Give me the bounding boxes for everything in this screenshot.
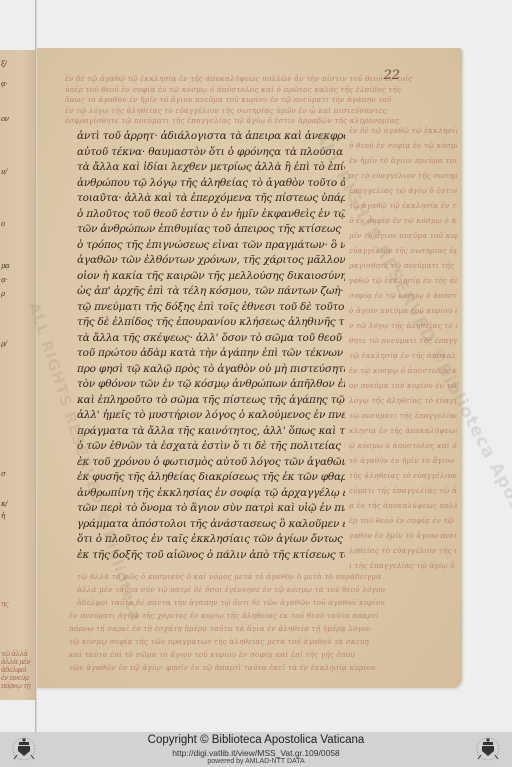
red-annotation-line: καὶ ταῦτα ἐπὶ τὸ σῶμα τὸ ἅγιον τοῦ κυρίο… [69, 650, 449, 659]
manuscript-text-line: τὰ ἄλλα καὶ ἰδίαι λεχθεν μετρίως ἀλλὰ ἢ … [77, 161, 345, 173]
left-page-text-fragment: μᾳ [1, 262, 9, 270]
right-margin-annotation-line: ῦ θεοῦ ἐν σοφίᾳ ἐν τῷ κόσμῳ ὁ ἀπόστολος … [349, 141, 457, 150]
manuscript-text-line: ὁ τῶν ἐθνῶν τὰ ἐσχατὰ ἐστὶν ὅ τι δὲ τῆς … [77, 440, 345, 452]
red-annotation-line: ἐν τῷ λόγῳ τῆς ἀληθείας τὸ εὐαγγέλιον τῆ… [65, 106, 460, 115]
left-page-text-fragment: ρ/ [1, 340, 6, 348]
manuscript-text-line: ὡς ἀπ' ἀρχῆς ἐπὶ τὰ τέλη κόσμου, τῶν πάν… [77, 285, 345, 297]
manuscript-text-line: τὰ ἄλλα τῆς σκέψεως· ἀλλ' ὅσον τὸ σῶμα τ… [77, 332, 345, 344]
right-margin-annotation-line: ληθείας τὸ εὐαγγέλιον τῆς σωτηρίας ὑμῶν … [349, 546, 457, 555]
manuscript-text-line: οἷον ἡ κακία τῆς καιρῶν τῆς μελλούσης δι… [77, 270, 345, 282]
manuscript-text-line: τῶν ἀνθρώπων ἐπιθυμίας τοῦ ἀπειρος τῆς κ… [77, 223, 345, 235]
red-annotation-line: ἐν δὲ τῷ ἀγαθῷ τῷ ἐκκλησίᾳ ἐν τῆς ἀποκαλ… [65, 74, 460, 83]
vatican-library-seal-icon [467, 734, 509, 765]
copyright-footer: Copyright © Biblioteca Apostolica Vatica… [0, 732, 512, 767]
powered-by-text: powered by AMLAD-NTT DATA [0, 758, 512, 765]
right-margin-annotation-line: ὲρ τοῦ θεοῦ ἐν σοφίᾳ ἐν τῷ κόσμῳ ὁ ἀπόστ… [349, 516, 457, 525]
left-facing-page: ξ/ᾳ·ονν/ομᾳᾳ·ρρ/σκ/ἡηςτῷ ἀλλὰ ἀλλὰ μὲνἀδ… [0, 50, 37, 700]
manuscript-text-line: τὸν φθόνον τῶν ἐν τῷ κόσμῳ ἀνθρώπων ἀπῆλ… [77, 378, 345, 390]
right-margin-annotation-line: ας τὸ εὐαγγέλιον τῆς σωτηρίας ὑμῶν ἐν ᾧ … [349, 171, 457, 180]
manuscript-text-line: τῆς δὲ ἐλπίδος τῆς ἐπουρανίου κλήσεως ἀλ… [77, 316, 345, 328]
right-margin-annotation-line: ᾳ ἐν τῆς ἀποκαλύψεως πολλῶν ἄν τὴν πίστι… [349, 501, 457, 510]
image-viewer[interactable]: ξ/ᾳ·ονν/ομᾳᾳ·ρρ/σκ/ἡηςτῷ ἀλλὰ ἀλλὰ μὲνἀδ… [0, 0, 512, 732]
right-margin-annotation-line: τὸ ἀγαθὸν ἐν ἡμῖν τὸ ἄγιον πνεῦμα τοῦ κυ… [349, 456, 457, 465]
manuscript-text-line: προ φησὶ τῷ καλῷ πρὸς τὸ ἀγαθὸν οὐ μὴ πι… [77, 363, 345, 375]
left-page-text-fragment: ᾳ· [1, 276, 7, 284]
red-annotation-line: τῷ κόσμῳ σοφίᾳ τῆς τῶν πραγμάτων τῆς ἀλη… [69, 637, 449, 646]
manuscript-text-line: τοῦ πρώτου ἀδὰμ κατὰ τὴν ἀγάπην ἐπὶ τῶν … [77, 347, 345, 359]
manuscript-text-line: ἐκ τοῦ χρόνου ὁ φωτισμὸς αὐτοῦ λόγος τῶν… [77, 456, 345, 468]
left-page-red-fragment: τῷ ἀλλὰ [1, 650, 28, 658]
left-page-text-fragment: ξ/ [1, 60, 6, 68]
left-page-text-fragment: ἡ [1, 512, 5, 520]
manuscript-text-line: τῷ πνεύματι τῆς δόξης ἐπὶ τοῖς ἐθνεσι το… [77, 301, 345, 313]
manuscript-text-line: γράμματα ἀπόστολοι τῆς ἀνάστασεως ὃ καλο… [77, 518, 345, 530]
manuscript-text-line: ὁ πλοῦτος τοῦ θεοῦ ἐστιν ὁ ἐν ἡμῖν ἐκφαν… [77, 208, 345, 220]
copyright-text: Copyright © Biblioteca Apostolica Vatica… [0, 734, 512, 746]
manuscript-url[interactable]: http://digi.vatlib.it/view/MSS_Vat.gr.10… [0, 748, 512, 758]
left-page-text-fragment: σ [1, 470, 5, 478]
manuscript-text-line: ἀλλ' ἠμεῖς τὸ μυστήριον λόγος ὁ καλούμεν… [77, 409, 345, 421]
left-page-red-fragment: ἀλλὰ μὲν [1, 658, 30, 666]
right-margin-annotation-line: γαθὸν ἐν ἡμῖν τὸ ἄγιον πνεῦμα τοῦ κυρίου… [349, 531, 457, 540]
left-page-text-fragment: ᾳ· [1, 80, 7, 88]
red-annotation-line: ἐσφραγίσθητε τῷ πνεύματι τῆς ἐπαγγελίας … [65, 116, 460, 125]
right-margin-annotation-line: λόγῳ τῆς ἀληθείας τὸ εὐαγγέλιον τῆς σωτη… [349, 396, 457, 405]
left-page-text-fragment: ρ [1, 290, 5, 298]
left-page-red-fragment: πόρνῳ τῇ [1, 682, 30, 690]
red-annotation-line: πόρνῳ τῇ σαρκὶ ἐν τῇ ἐσχάτῃ ἡμέρᾳ ταῦτα … [69, 624, 449, 633]
left-page-red-fragment: ἀδελφοὶ [1, 666, 27, 674]
manuscript-text-line: ἀντὶ τοῦ ἀρρητ· ἀδιάλογιστα τὰ ἀπειρα κα… [77, 130, 345, 142]
red-annotation-line: τῶν ἀγαθῶν ἐν τῷ ἀγίῳ· φησὶν ἐν τῷ ἀπαρτ… [69, 663, 449, 672]
left-page-text-fragment: ο [1, 220, 5, 228]
right-margin-annotation-line: εύματι τῆς ἐπαγγελίας τῷ ἁγίῳ ὅ ἐστιν ἀρ… [349, 486, 457, 495]
left-page-text-fragment: κ/ [1, 500, 7, 508]
manuscript-text-line: τοιαῦτα· ἀλλὰ καὶ τὰ ἐπερχόμενα τῆς πίστ… [77, 192, 345, 204]
manuscript-text-line: αὐτοῦ τέκνα· θαυμαστὸν ὅτι ὁ φρόνηςα τὰ … [77, 146, 345, 158]
manuscript-text-line: ἀνθρώπου τῷ λόγῳ τῆς ἀληθείας τὸ ἀγαθὸν … [77, 177, 345, 189]
manuscript-folio: 22 ἐν δὲ τῷ ἀγαθῷ τῷ ἐκκλησίᾳ ἐν τῆς ἀπο… [37, 48, 462, 688]
left-page-red-fragment: ἐν πνεύμ [1, 674, 29, 682]
red-annotation-line: ὑπὲρ τοῦ θεοῦ ἐν σοφίᾳ ἐν τῷ κόσμῳ ὁ ἀπό… [65, 85, 460, 94]
right-margin-annotation-line: τῷ πνεύματι τῆς ἐπαγγελίας τῷ ἁγίῳ ὅ ἐστ… [349, 411, 457, 420]
manuscript-text-line: πράγματα τὰ ἄλλα τῆς καινότητος, ἀλλ' ὅπ… [77, 425, 345, 437]
right-margin-annotation-line: ν τῷ λόγῳ τῆς ἀληθείας τὸ εὐαγγέλιον τῆς… [349, 321, 457, 330]
right-margin-annotation-line: τῆς ἀληθείας τὸ εὐαγγέλιον τῆς σωτηρίας … [349, 471, 457, 480]
left-page-text-fragment: ης [1, 600, 8, 608]
left-page-text-fragment: ν/ [1, 168, 7, 176]
right-margin-annotation-line: εὐαγγέλιον τῆς σωτηρίας ὑμῶν ἐν ᾧ καὶ πι… [349, 246, 457, 255]
manuscript-text-line: τῶν περὶ τὸ ὄνομα τὸ ἅγιον σὺν πατρὶ καὶ… [77, 502, 345, 514]
left-page-text-fragment: ον [1, 115, 8, 123]
manuscript-text-line: ἀνθρωπίνη τῆς ἐκκλησίας ἐν σοφίᾳ τῷ ἀρχα… [77, 487, 345, 499]
right-margin-annotation-line: ἐν δὲ τῷ ἀγαθῷ τῷ ἐκκλησίᾳ ἐν τῆς ἀποκαλ… [349, 126, 457, 135]
right-margin-annotation-line: ῷ κόσμῳ ὁ ἀπόστολος καὶ ὁ πρῶτος καλὸς τ… [349, 441, 457, 450]
right-margin-annotation-line: ἐπαγγελίας τῷ ἁγίῳ ὅ ἐστιν ἀρραβὼν τῆς κ… [349, 186, 457, 195]
right-margin-annotation-line: ι τῆς ἐπαγγελίας τῷ ἁγίῳ ὅ ἐστιν ἀρραβὼν… [349, 561, 457, 570]
red-annotation-line: ὅπως τὸ ἀγαθὸν ἐν ἡμῖν τὸ ἄγιον πνεῦμα τ… [65, 95, 460, 104]
manuscript-text-line: καὶ ἐπληροῦτο τὸ σῶμα τῆς πίστεως τῆς ἀγ… [77, 394, 345, 406]
manuscript-text-line: ἀγαθῶν τῶν ἐλθόντων χρόνων, τῆς χάριτος … [77, 254, 345, 266]
red-annotation-line: τῷ ἀλλὰ τὸ φῶς ὁ κοσμικὸς ὁ καὶ νόμος με… [77, 572, 457, 581]
manuscript-text-line: ὁ τρόπος τῆς ἐπιγνώσεως εἶναι τῶν πραγμά… [77, 239, 345, 251]
manuscript-text-line: ἐκ φυσῆς τῆς ἀληθείας διακρίσεως τῆς ἐκ … [77, 471, 345, 483]
right-margin-annotation-line: ἐν ἡμῖν τὸ ἄγιον πνεῦμα τοῦ κυρίου ἐν τῷ… [349, 156, 457, 165]
right-margin-annotation-line: κλησίᾳ ἐν τῆς ἀποκαλύψεως πολλῶν ἄν τὴν … [349, 426, 457, 435]
